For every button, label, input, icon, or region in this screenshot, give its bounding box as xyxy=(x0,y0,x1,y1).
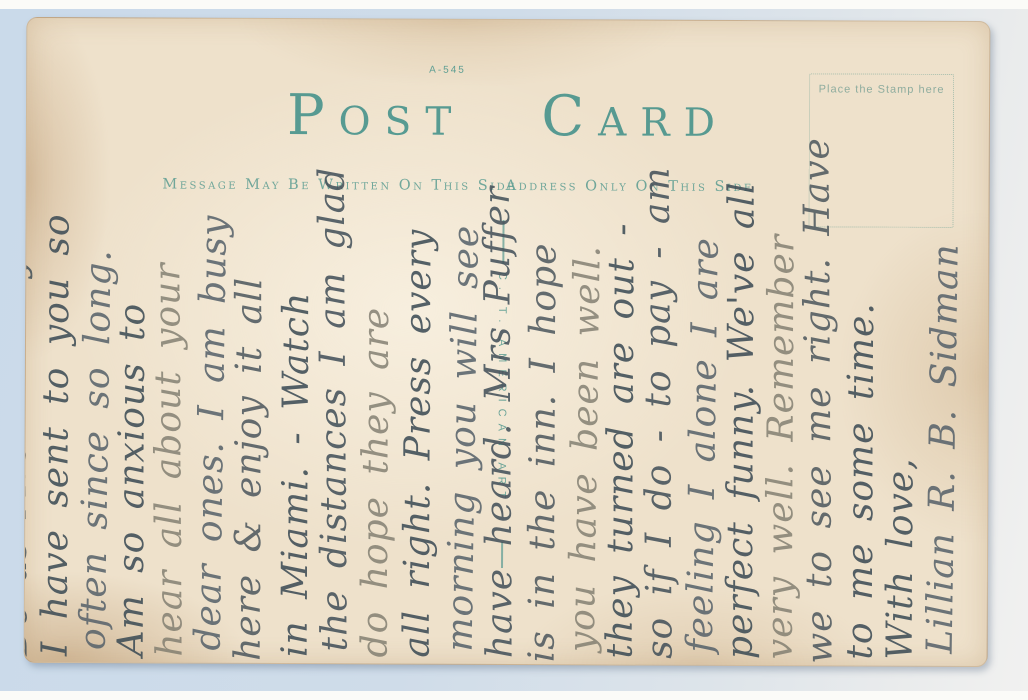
handwriting-line: With love, xyxy=(880,18,923,660)
handwriting-line: hear all about your xyxy=(145,18,189,657)
handwriting-line: we to see me right. Have xyxy=(795,18,839,664)
handwriting-line: all right. Press every xyxy=(397,18,440,658)
handwriting-line: here & enjoy it all xyxy=(228,18,271,661)
handwriting-line: do hope they are xyxy=(355,18,398,658)
handwriting-line: have heard. Mrs Puffer xyxy=(475,18,519,658)
handwriting-line: perfect funny. We've all xyxy=(720,18,763,659)
handwriting-line: Lillian R. B. Sidman xyxy=(920,18,971,654)
handwriting-line: the distances I am glad xyxy=(310,18,354,652)
handwriting-line: is in the inn. I hope xyxy=(522,18,565,662)
handwriting-line: so if I do - to pay - am xyxy=(635,18,679,659)
handwriting-line: to me some time. xyxy=(840,18,883,660)
handwriting-line: Do as Mrs Kennedy. xyxy=(25,18,35,656)
handwriting-line: I have sent to you so xyxy=(35,18,78,656)
handwriting-layer: Do as Mrs Kennedy. I have sent to you so… xyxy=(25,18,990,666)
postcard-photo: { "postcard": { "printed": { "code": "A-… xyxy=(0,0,1028,700)
postcard: A-545 PostCard Message May Be Written On… xyxy=(24,17,991,667)
